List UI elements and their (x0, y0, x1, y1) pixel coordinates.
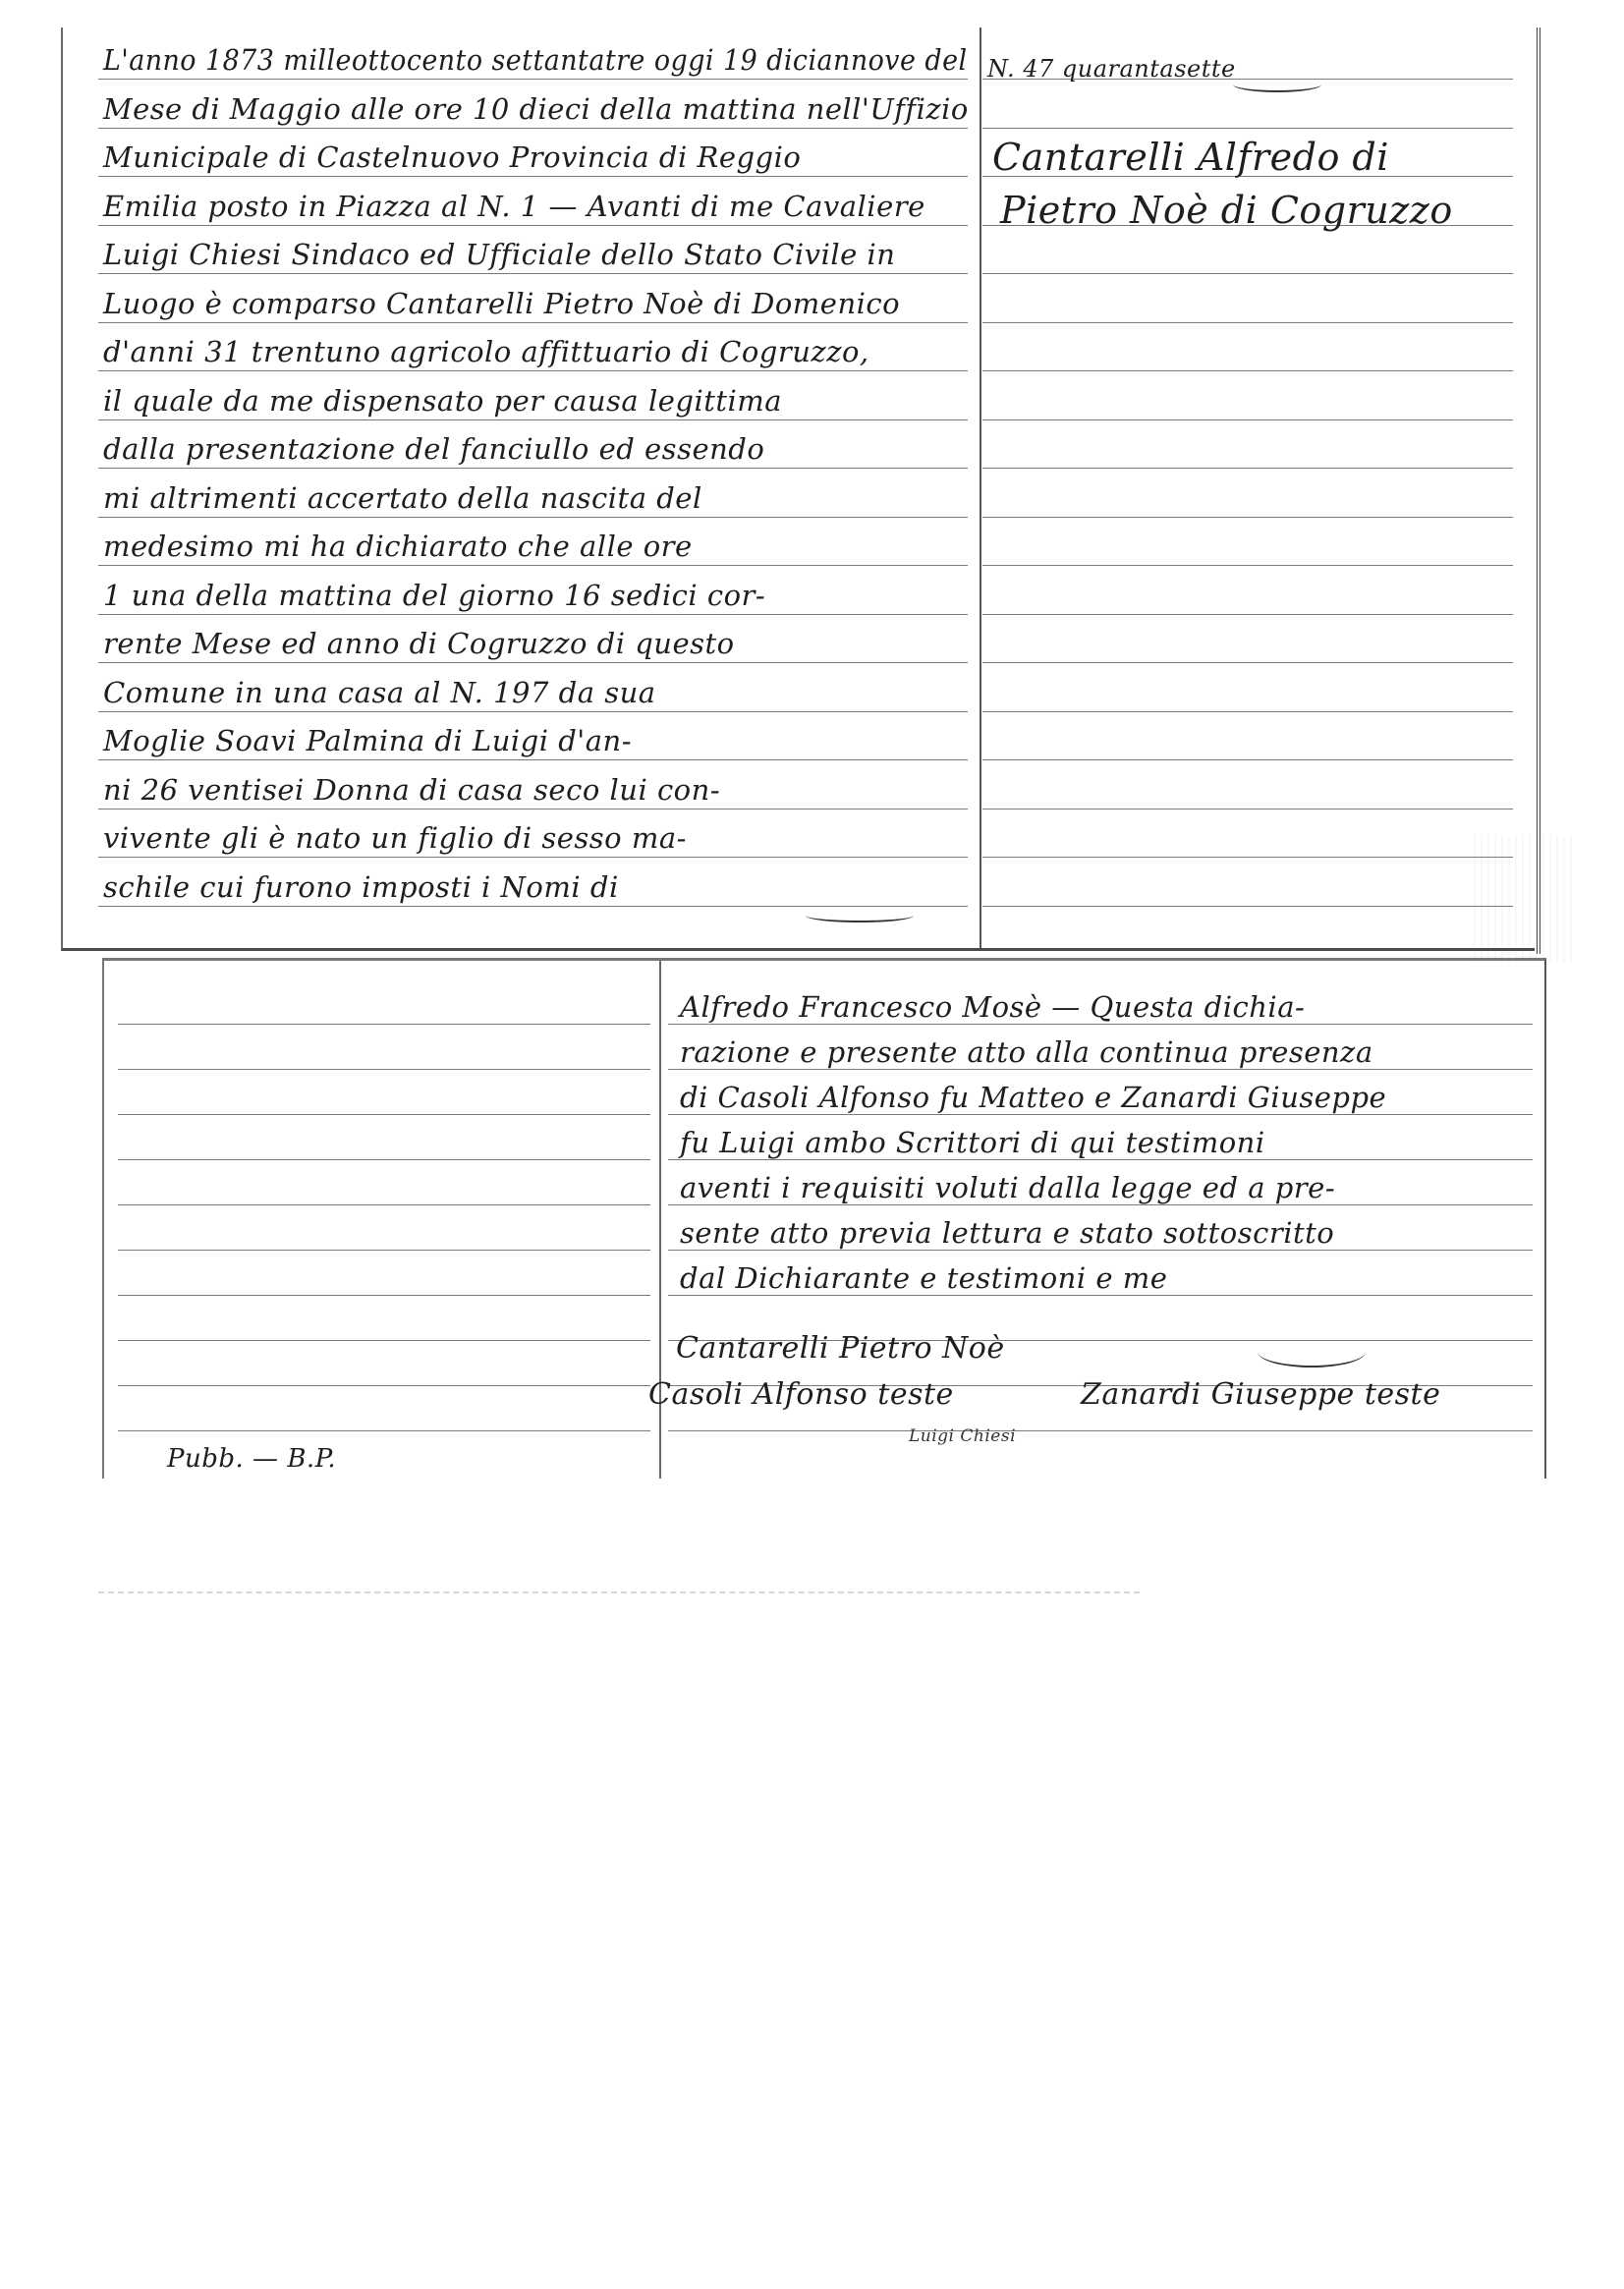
handwritten-line: Luigi Chiesi Sindaco ed Ufficiale dello … (103, 238, 895, 271)
signature-declarant: Cantarelli Pietro Noè (676, 1331, 1005, 1366)
flourish (1233, 77, 1321, 92)
handwritten-line: rente Mese ed anno di Cogruzzo di questo (103, 627, 735, 660)
ruled-line (98, 565, 968, 566)
ruled-line (98, 517, 968, 518)
ruled-line (98, 614, 968, 615)
ruled-line (668, 1024, 1533, 1025)
left-column-note: Pubb. — B.P. (167, 1444, 336, 1474)
ruled-line (668, 1069, 1533, 1070)
handwritten-line: medesimo mi ha dichiarato che alle ore (103, 530, 693, 563)
handwritten-line: d'anni 31 trentuno agricolo affittuario … (103, 335, 869, 368)
ruled-line (982, 809, 1513, 810)
handwritten-line: fu Luigi ambo Scrittori di qui testimoni (680, 1126, 1265, 1159)
ruled-line (98, 128, 968, 129)
handwritten-line: Alfredo Francesco Mosè — Questa dichia- (680, 990, 1305, 1024)
ruled-line (98, 759, 968, 760)
ruled-line (668, 1295, 1533, 1296)
ruled-line (98, 711, 968, 712)
handwritten-line: Municipale di Castelnuovo Provincia di R… (103, 140, 801, 174)
ruled-line (118, 1114, 650, 1115)
margin-note-record-number: N. 47 quarantasette (987, 55, 1236, 83)
ruled-line (982, 711, 1513, 712)
handwritten-line: Mese di Maggio alle ore 10 dieci della m… (103, 92, 969, 126)
ruled-line (668, 1430, 1533, 1431)
handwritten-line: L'anno 1873 milleottocento settantatre o… (103, 43, 968, 77)
handwritten-line: razione e presente atto alla continua pr… (680, 1035, 1373, 1069)
handwritten-line: Luogo è comparso Cantarelli Pietro Noè d… (103, 287, 900, 320)
ruled-line (668, 1159, 1533, 1160)
ruled-line (98, 857, 968, 858)
ruled-line (118, 1295, 650, 1296)
handwritten-line: Emilia posto in Piazza al N. 1 — Avanti … (103, 190, 925, 223)
ruled-line (98, 273, 968, 274)
ruled-line (118, 1159, 650, 1160)
ruled-line (982, 857, 1513, 858)
ruled-line (98, 809, 968, 810)
handwritten-line: schile cui furono imposti i Nomi di (103, 870, 619, 904)
margin-note-child-name: Cantarelli Alfredo di (992, 136, 1389, 179)
ruled-line (982, 273, 1513, 274)
signature-flourish (1258, 1336, 1366, 1368)
ruled-line (982, 128, 1513, 129)
ruled-line (982, 370, 1513, 371)
ruled-line (98, 419, 968, 420)
ruled-line (982, 565, 1513, 566)
ruled-line (118, 1204, 650, 1205)
closing-flourish (806, 909, 914, 922)
handwritten-line: dal Dichiarante e testimoni e me (680, 1261, 1167, 1295)
ruled-line (668, 1114, 1533, 1115)
ruled-line (98, 370, 968, 371)
ruled-line (98, 79, 968, 80)
ruled-line (118, 1430, 650, 1431)
handwritten-line: sente atto previa lettura e stato sottos… (680, 1216, 1334, 1250)
column-divider (980, 28, 981, 948)
ruled-line (668, 1250, 1533, 1251)
ruled-line (118, 1385, 650, 1386)
signature-witness-1: Casoli Alfonso teste (648, 1377, 954, 1412)
ruled-line (98, 662, 968, 663)
ruled-line (98, 468, 968, 469)
handwritten-line: dalla presentazione del fanciullo ed ess… (103, 432, 764, 466)
ruled-line (982, 322, 1513, 323)
margin-note-parent-place: Pietro Noè di Cogruzzo (1000, 189, 1453, 232)
ruled-line (118, 1250, 650, 1251)
handwritten-line: Moglie Soavi Palmina di Luigi d'an- (103, 724, 632, 757)
ruled-line (982, 614, 1513, 615)
handwritten-line: di Casoli Alfonso fu Matteo e Zanardi Gi… (680, 1081, 1386, 1114)
faint-scan-line (98, 1591, 1140, 1593)
handwritten-line: il quale da me dispensato per causa legi… (103, 384, 782, 418)
ruled-line (982, 759, 1513, 760)
ruled-line (982, 419, 1513, 420)
signature-witness-2: Zanardi Giuseppe teste (1081, 1377, 1440, 1412)
handwritten-line: aventi i requisiti voluti dalla legge ed… (680, 1171, 1335, 1204)
ruled-line (982, 662, 1513, 663)
ruled-line (118, 1024, 650, 1025)
ruled-line (98, 906, 968, 907)
ruled-line (98, 225, 968, 226)
handwritten-line: Comune in una casa al N. 197 da sua (103, 676, 656, 709)
ruled-line (982, 468, 1513, 469)
ruled-line (982, 517, 1513, 518)
handwritten-line: vivente gli è nato un figlio di sesso ma… (103, 821, 687, 855)
handwritten-line: mi altrimenti accertato della nascita de… (103, 481, 702, 515)
ruled-line (118, 1069, 650, 1070)
signature-mayor: Luigi Chiesi (909, 1426, 1016, 1446)
ruled-line (98, 322, 968, 323)
ruled-line (118, 1340, 650, 1341)
handwritten-line: 1 una della mattina del giorno 16 sedici… (103, 579, 765, 612)
handwritten-line: ni 26 ventisei Donna di casa seco lui co… (103, 773, 720, 807)
ruled-line (98, 176, 968, 177)
ruled-line (668, 1204, 1533, 1205)
ruled-line (982, 906, 1513, 907)
